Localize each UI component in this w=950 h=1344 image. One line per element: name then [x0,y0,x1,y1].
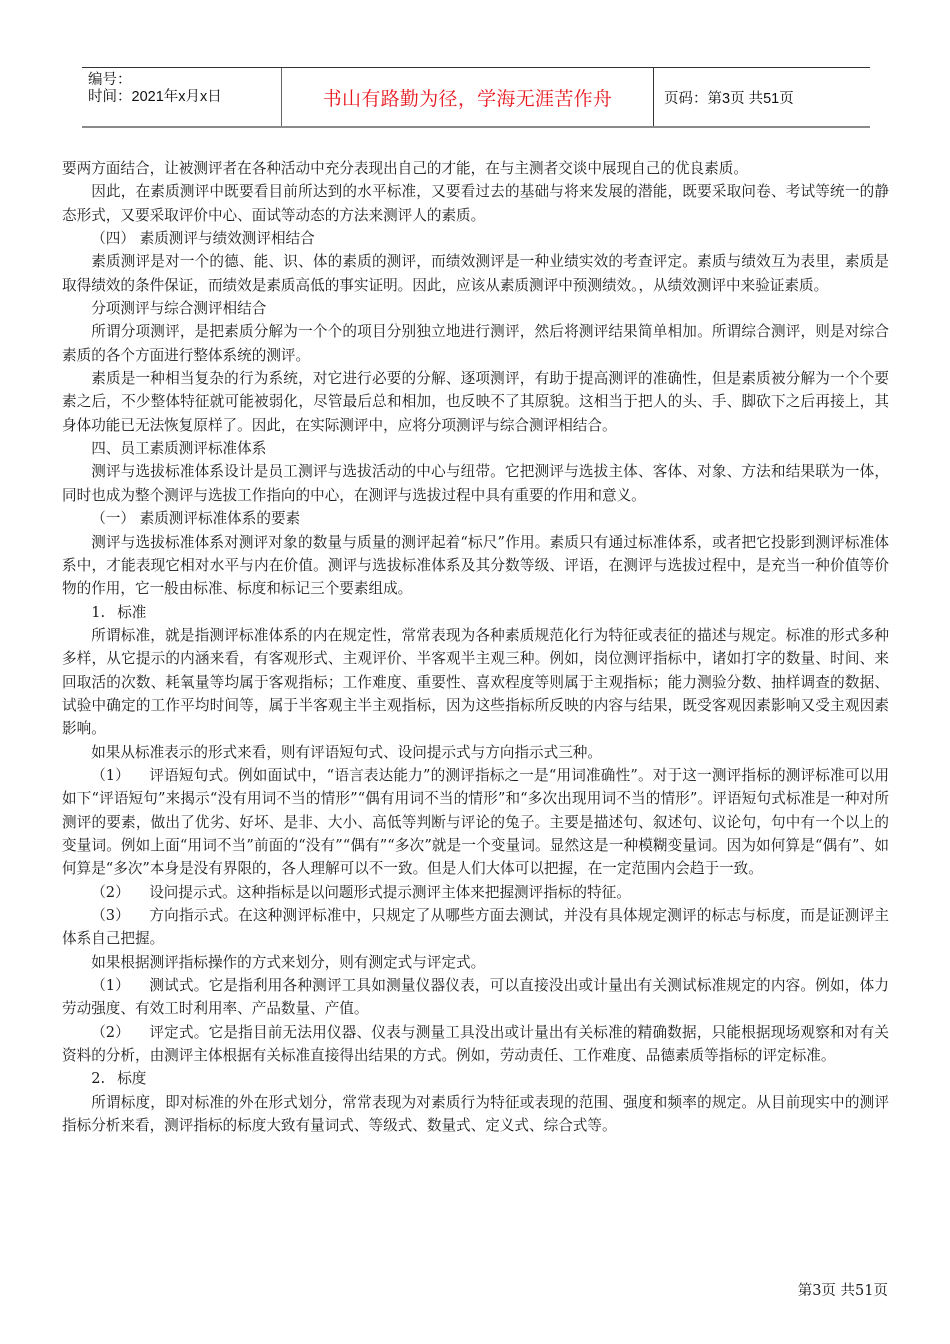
document-header-table: 编号： 时间：2021年x月x日 书山有路勤为径，学海无涯苦作舟 页码：第3页 … [82,67,870,128]
document-body: 要两方面结合，让被测评者在各种活动中充分表现出自己的才能，在与主测者交谈中展现自… [62,157,889,1137]
list-number: （2） [91,1021,149,1044]
list-text: 方向指示式。在这种测评标准中，只规定了从哪些方面去测试，并没有具体规定测评的标志… [62,907,889,947]
list-text: 测试式。它是指利用各种测评工具如测量仪器仪表，可以直接没出或计量出有关测试标准规… [62,977,889,1017]
list-number: （1） [91,764,149,787]
paragraph: 如果从标准表示的形式来看，则有评语短句式、设问提示式与方向指示式三种。 [62,741,889,764]
list-item: （1）评语短句式。例如面试中，“语言表达能力”的测评指标之一是“用词准确性”。对… [62,764,889,881]
section-heading: （一） 素质测评标准体系的要素 [62,507,889,530]
heading-number: 1. [91,601,117,624]
numbered-heading: 2.标度 [62,1067,889,1090]
page-footer: 第3页 共51页 [798,1279,888,1300]
page-info-text: 页码：第3页 共51页 [664,87,794,108]
list-item: （2）评定式。它是指目前无法用仪器、仪表与测量工具没出或计量出有关标准的精确数据… [62,1021,889,1068]
list-text: 评定式。它是指目前无法用仪器、仪表与测量工具没出或计量出有关标准的精确数据，只能… [62,1024,889,1064]
header-meta-cell: 编号： 时间：2021年x月x日 [82,68,282,126]
chapter-heading: 四、员工素质测评标准体系 [62,437,889,460]
paragraph: 因此，在素质测评中既要看目前所达到的水平标准，又要看过去的基础与将来发展的潜能，… [62,180,889,227]
heading-number: 2. [91,1067,117,1090]
paragraph: 测评与选拔标准体系设计是员工测评与选拔活动的中心与纽带。它把测评与选拔主体、客体… [62,460,889,507]
section-heading: （四） 素质测评与绩效测评相结合 [62,227,889,250]
header-motto-cell: 书山有路勤为径，学海无涯苦作舟 [282,68,654,126]
paragraph: 如果根据测评指标操作的方式来划分，则有测定式与评定式。 [62,951,889,974]
list-item: （3）方向指示式。在这种测评标准中，只规定了从哪些方面去测试，并没有具体规定测评… [62,904,889,951]
list-text: 评语短句式。例如面试中，“语言表达能力”的测评指标之一是“用词准确性”。对于这一… [62,767,889,877]
paragraph: 所谓标度，即对标准的外在形式划分，常常表现为对素质行为特征或表现的范围、强度和频… [62,1091,889,1138]
serial-number-label: 编号： [88,72,281,89]
section-heading: 分项测评与综合测评相结合 [62,297,889,320]
paragraph: 所谓分项测评，是把素质分解为一个个的项目分别独立地进行测评，然后将测评结果简单相… [62,320,889,367]
list-item: （2）设问提示式。这种指标是以问题形式提示测评主体来把握测评指标的特征。 [62,881,889,904]
list-number: （1） [91,974,149,997]
paragraph: 所谓标准，就是指测评标准体系的内在规定性，常常表现为各种素质规范化行为特征或表征… [62,624,889,741]
date-label: 时间：2021年x月x日 [88,89,281,106]
motto-text: 书山有路勤为径，学海无涯苦作舟 [323,84,613,111]
paragraph: 素质测评是对一个的德、能、识、体的素质的测评，而绩效测评是一种业绩实效的考查评定… [62,250,889,297]
list-text: 设问提示式。这种指标是以问题形式提示测评主体来把握测评指标的特征。 [149,884,631,901]
header-page-cell: 页码：第3页 共51页 [654,68,870,126]
paragraph: 要两方面结合，让被测评者在各种活动中充分表现出自己的才能，在与主测者交谈中展现自… [62,157,889,180]
heading-text: 标准 [117,604,146,621]
numbered-heading: 1.标准 [62,601,889,624]
heading-text: 标度 [117,1070,146,1087]
footer-page-number: 第3页 共51页 [798,1283,888,1299]
list-number: （3） [91,904,149,927]
list-item: （1）测试式。它是指利用各种测评工具如测量仪器仪表，可以直接没出或计量出有关测试… [62,974,889,1021]
list-number: （2） [91,881,149,904]
paragraph: 素质是一种相当复杂的行为系统，对它进行必要的分解、逐项测评，有助于提高测评的准确… [62,367,889,437]
paragraph: 测评与选拔标准体系对测评对象的数量与质量的测评起着“标尺”作用。素质只有通过标准… [62,531,889,601]
